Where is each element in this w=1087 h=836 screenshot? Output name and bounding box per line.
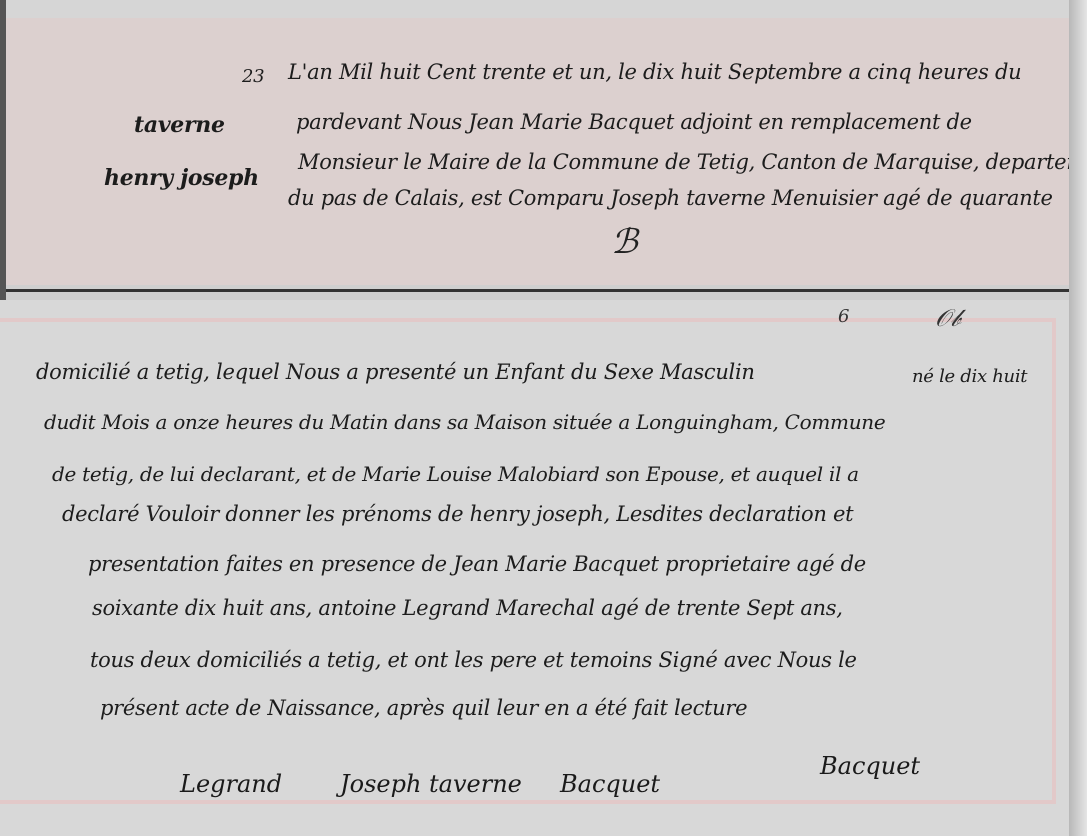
record-line: soixante dix huit ans, antoine Legrand M… [92, 596, 843, 620]
margin-surname: taverne [134, 112, 225, 138]
record-line: L'an Mil huit Cent trente et un, le dix … [288, 60, 1021, 84]
bottom-page: 6 𝒪𝒷 domicilié a tetig, lequel Nous a pr… [0, 300, 1087, 836]
record-line: presentation faites en presence de Jean … [88, 552, 866, 576]
signature-legrand: Legrand [180, 770, 282, 798]
folio-number: 6 [838, 306, 849, 327]
record-line: pardevant Nous Jean Marie Bacquet adjoin… [296, 110, 972, 134]
record-line: Monsieur le Maire de la Commune de Tetig… [298, 150, 1087, 174]
record-line: declaré Vouloir donner les prénoms de he… [62, 502, 853, 526]
signature-bacquet-1: Bacquet [560, 770, 660, 798]
record-line: présent acte de Naissance, après quil le… [100, 696, 747, 720]
margin-given-names: henry joseph [104, 165, 259, 191]
flourish-mark: ℬ [611, 222, 638, 262]
margin-insert: né le dix huit [912, 366, 1027, 387]
record-line: du pas de Calais, est Comparu Joseph tav… [288, 186, 1053, 210]
top-page: 23 taverne henry joseph L'an Mil huit Ce… [0, 0, 1087, 300]
folio-mark: 𝒪𝒷 [935, 304, 960, 332]
entry-number: 23 [242, 66, 264, 87]
record-line: dudit Mois a onze heures du Matin dans s… [44, 410, 885, 434]
previous-entry-fragments [286, 0, 293, 25]
record-line: domicilié a tetig, lequel Nous a present… [36, 360, 755, 384]
record-line: tous deux domiciliés a tetig, et ont les… [90, 648, 857, 672]
signature-bacquet-2: Bacquet [820, 752, 920, 780]
page-edge [1069, 0, 1087, 836]
record-line: de tetig, de lui declarant, et de Marie … [52, 462, 859, 486]
signature-taverne: Joseph taverne [340, 770, 522, 798]
